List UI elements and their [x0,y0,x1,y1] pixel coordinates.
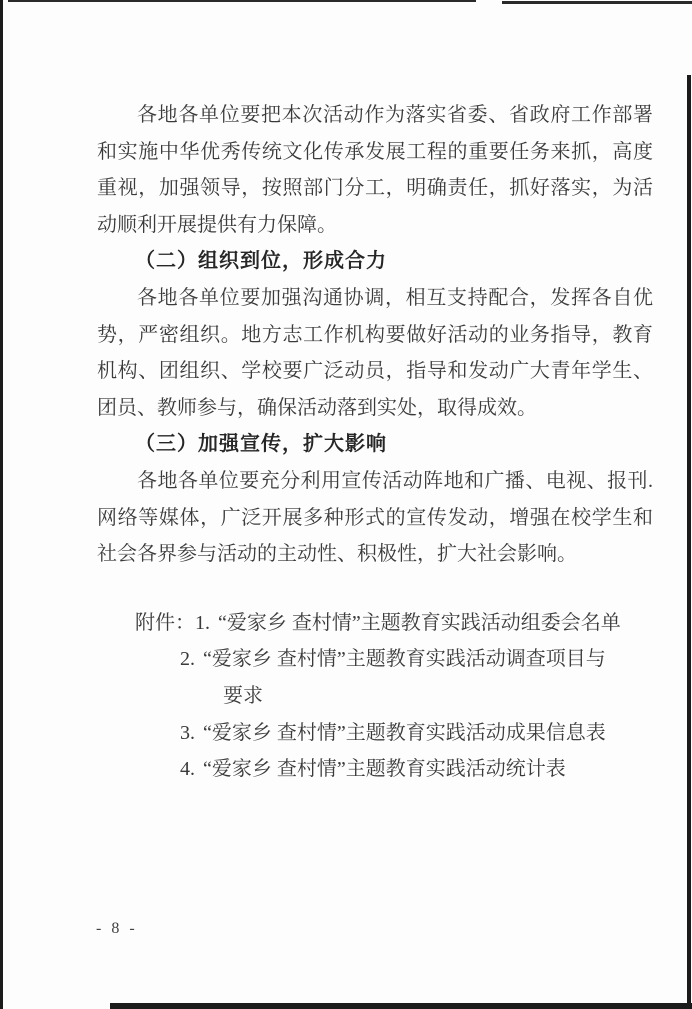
paragraph-line: 和实施中华优秀传统文化传承发展工程的重要任务来抓，高度 [97,134,653,171]
attachment-item: 附件：1.“爱家乡 查村情”主题教育实践活动组委会名单 [97,605,653,642]
attachment-item-title: “爱家乡 查村情”主题教育实践活动组委会名单 [218,612,621,634]
attachment-list: 附件：1.“爱家乡 查村情”主题教育实践活动组委会名单 2.“爱家乡 查村情”主… [97,605,653,788]
attachment-item-number: 4. [180,751,195,788]
attachment-item-number: 3. [180,715,195,752]
paragraph-line: 各地各单位要加强沟通协调，相互支持配合，发挥各自优 [97,280,653,317]
attachment-item-title: “爱家乡 查村情”主题教育实践活动成果信息表 [203,722,606,744]
section-heading-2: （二）组织到位，形成合力 [97,243,653,280]
paragraph-line: 动顺利开展提供有力保障。 [97,207,653,244]
attachment-item: 4.“爱家乡 查村情”主题教育实践活动统计表 [97,751,653,788]
attachment-item-number: 1. [195,605,210,642]
attachment-item-continuation: 要求 [97,678,653,715]
paragraph-line: 社会各界参与活动的主动性、积极性，扩大社会影响。 [97,536,653,573]
paragraph-line: 网络等媒体，广泛开展多种形式的宣传发动，增强在校学生和 [97,500,653,537]
paragraph-line: 各地各单位要充分利用宣传活动阵地和广播、电视、报刊. [97,463,653,500]
scan-edge-right [687,75,691,1009]
attachment-item-number: 2. [180,641,195,678]
paragraph-line: 重视，加强领导，按照部门分工，明确责任，抓好落实，为活 [97,170,653,207]
attachment-item-title: “爱家乡 查村情”主题教育实践活动调查项目与 [203,648,606,670]
attachment-item: 2.“爱家乡 查村情”主题教育实践活动调查项目与 [97,641,653,678]
scan-edge-left [0,0,3,1009]
section-heading-3: （三）加强宣传，扩大影响 [97,426,653,463]
scan-edge-bottom [110,1003,692,1009]
attachment-label: 附件： [135,612,195,634]
attachment-item: 3.“爱家乡 查村情”主题教育实践活动成果信息表 [97,715,653,752]
page-number: - 8 - [96,920,138,938]
paragraph-line: 机构、团组织、学校要广泛动员，指导和发动广大青年学生、 [97,353,653,390]
paragraph-line: 团员、教师参与，确保活动落到实处，取得成效。 [97,390,653,427]
paragraph-line: 势，严密组织。地方志工作机构要做好活动的业务指导，教育 [97,317,653,354]
document-content: 各地各单位要把本次活动作为落实省委、省政府工作部署 和实施中华优秀传统文化传承发… [97,97,653,788]
scan-edge-top-left [8,0,476,2]
document-page: 各地各单位要把本次活动作为落实省委、省政府工作部署 和实施中华优秀传统文化传承发… [0,0,692,1009]
attachment-item-title: “爱家乡 查村情”主题教育实践活动统计表 [203,758,566,780]
paragraph-line: 各地各单位要把本次活动作为落实省委、省政府工作部署 [97,97,653,134]
scan-edge-top-right [502,1,692,4]
